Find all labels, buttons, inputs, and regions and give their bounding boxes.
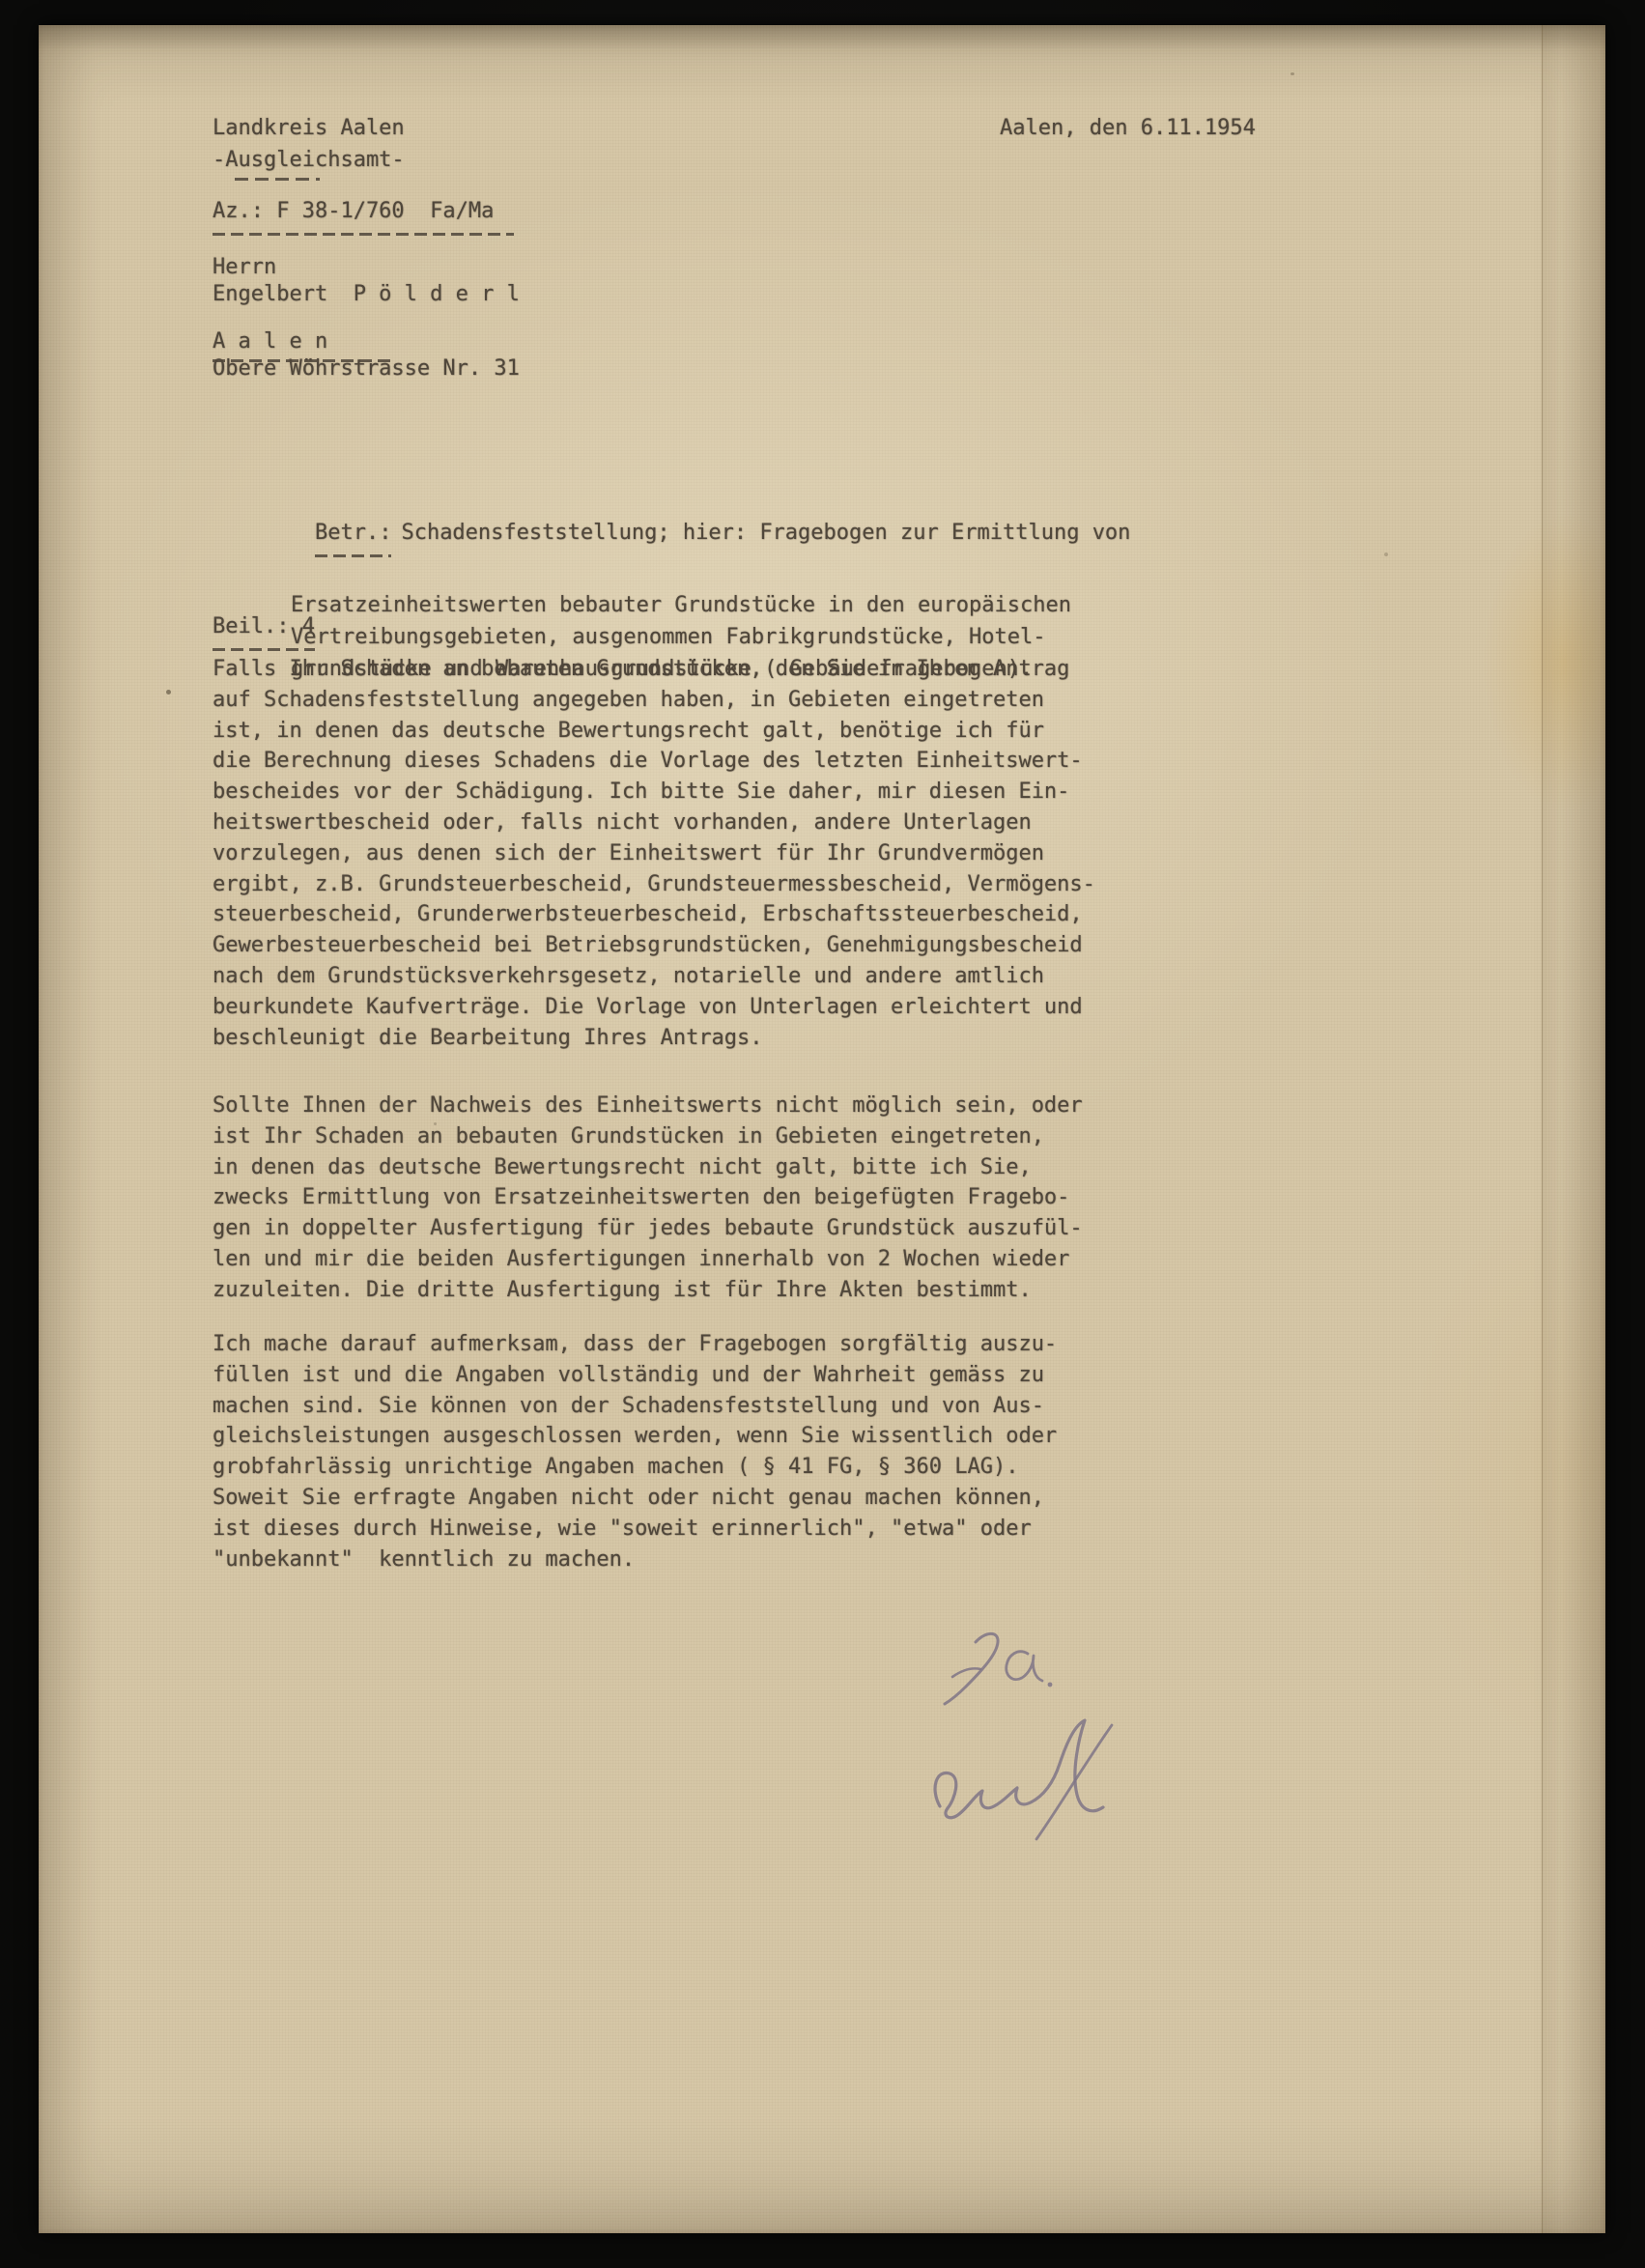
recipient-name: Engelbert P ö l d e r l (213, 282, 520, 306)
body-line: ergibt, z.B. Grundsteuerbescheid, Grunds… (213, 869, 1095, 900)
body-line: beschleunigt die Bearbeitung Ihres Antra… (213, 1023, 1095, 1054)
paragraph-2: Sollte Ihnen der Nachweis des Einheitswe… (213, 1091, 1083, 1306)
body-line: ist, in denen das deutsche Bewertungsrec… (213, 716, 1095, 747)
handwritten-signature (922, 1714, 1145, 1849)
body-line: gen in doppelter Ausfertigung für jedes … (213, 1213, 1083, 1244)
subject-line-1: Schadensfeststellung; hier: Fragebogen z… (401, 521, 1130, 545)
underline-dashes-office (235, 178, 320, 181)
body-line: in denen das deutsche Bewertungsrecht ni… (213, 1152, 1083, 1183)
body-line: gleichsleistungen ausgeschlossen werden,… (213, 1421, 1057, 1452)
body-line: ist Ihr Schaden an bebauten Grundstücken… (213, 1121, 1083, 1152)
paragraph-3: Ich mache darauf aufmerksam, dass der Fr… (213, 1329, 1057, 1574)
body-line: "unbekannt" kenntlich zu machen. (213, 1545, 1057, 1575)
subject-label: Betr.: (315, 517, 391, 557)
body-line: die Berechnung dieses Schadens die Vorla… (213, 746, 1095, 777)
paper-speck (434, 1122, 437, 1125)
subject-line-3: Vertreibungsgebieten, ausgenommen Fabrik… (213, 621, 1130, 653)
paragraph-1: Falls Ihr Schaden an bebauten Grundstück… (213, 654, 1095, 1053)
body-line: zuzuleiten. Die dritte Ausfertigung ist … (213, 1275, 1083, 1306)
body-line: bescheides vor der Schädigung. Ich bitte… (213, 777, 1095, 808)
letter-page: Landkreis Aalen -Ausgleichsamt- Aalen, d… (39, 25, 1605, 2233)
date-line: Aalen, den 6.11.1954 (1000, 112, 1256, 144)
body-line: ist dieses durch Hinweise, wie "soweit e… (213, 1514, 1057, 1545)
handwritten-initials-ja (937, 1629, 1063, 1720)
body-line: auf Schadensfeststellung angegeben haben… (213, 685, 1095, 716)
recipient-street: Obere Wöhrstrasse Nr. 31 (213, 356, 520, 381)
file-reference: Az.: F 38-1/760 Fa/Ma (213, 195, 514, 236)
body-line: zwecks Ermittlung von Ersatzeinheitswert… (213, 1182, 1083, 1213)
enclosures-line: Beil.: 4 (213, 610, 315, 651)
sender-name: Landkreis Aalen (213, 112, 405, 144)
body-line: grobfahrlässig unrichtige Angaben machen… (213, 1452, 1057, 1483)
body-line: Falls Ihr Schaden an bebauten Grundstück… (213, 654, 1095, 685)
scan-background: Landkreis Aalen -Ausgleichsamt- Aalen, d… (0, 0, 1645, 2268)
paper-speck (1290, 72, 1294, 75)
body-line: machen sind. Sie können von der Schadens… (213, 1391, 1057, 1422)
recipient-salutation: Herrn (213, 255, 276, 279)
body-line: heitswertbescheid oder, falls nicht vorh… (213, 808, 1095, 838)
body-line: Soweit Sie erfragte Angaben nicht oder n… (213, 1483, 1057, 1514)
sender-block: Landkreis Aalen -Ausgleichsamt- (213, 112, 405, 176)
paper-speck (1384, 553, 1388, 556)
body-line: Sollte Ihnen der Nachweis des Einheitswe… (213, 1091, 1083, 1121)
body-line: Gewerbesteuerbescheid bei Betriebsgrunds… (213, 930, 1095, 961)
subject-line-2: Ersatzeinheitswerten bebauter Grundstück… (213, 589, 1130, 621)
recipient-block: Herrn Engelbert P ö l d e r l A a l e n … (213, 255, 792, 390)
body-line: steuerbescheid, Grunderwerbsteuerbeschei… (213, 899, 1095, 930)
body-line: beurkundete Kaufverträge. Die Vorlage vo… (213, 992, 1095, 1023)
paper-speck (166, 690, 171, 695)
body-line: nach dem Grundstücksverkehrsgesetz, nota… (213, 961, 1095, 992)
body-line: len und mir die beiden Ausfertigungen in… (213, 1244, 1083, 1275)
sender-office: -Ausgleichsamt- (213, 144, 405, 176)
body-line: Ich mache darauf aufmerksam, dass der Fr… (213, 1329, 1057, 1360)
body-line: füllen ist und die Angaben vollständig u… (213, 1360, 1057, 1391)
body-line: vorzulegen, aus denen sich der Einheitsw… (213, 838, 1095, 869)
